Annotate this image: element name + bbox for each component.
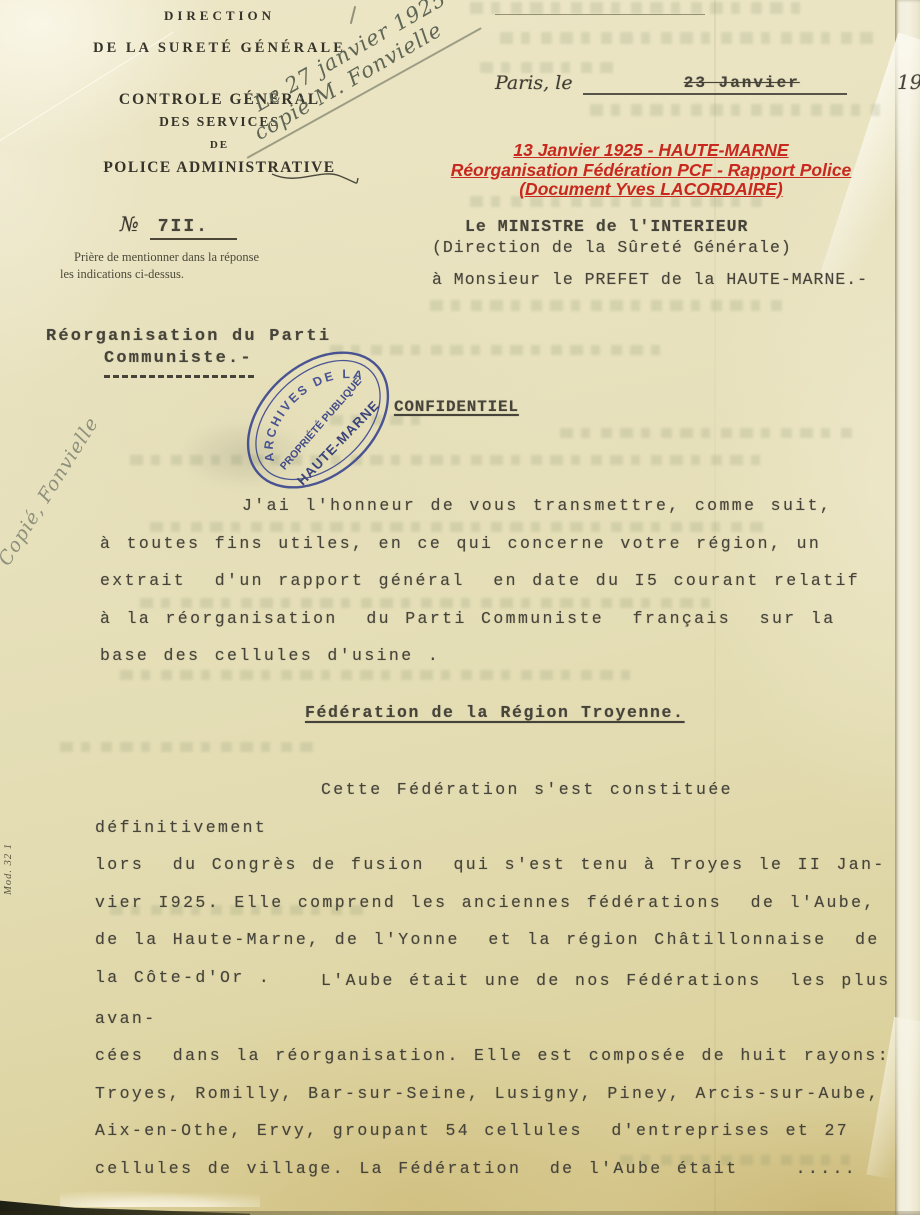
recipient-line: à Monsieur le PREFET de la HAUTE-MARNE.-	[432, 269, 868, 290]
dateline-prefix: Paris, le	[495, 72, 573, 94]
bottom-edge-shadow	[0, 1211, 920, 1215]
subject-line1: Réorganisation du Parti	[46, 326, 331, 348]
bleedthrough-ghost-text	[470, 2, 800, 14]
bleedthrough-ghost-text	[590, 104, 880, 116]
sender-line: Le MINISTRE de l'INTERIEUR	[465, 216, 868, 237]
bleedthrough-ghost-text	[500, 32, 880, 44]
bleedthrough-ghost-text	[430, 300, 790, 311]
letterhead-services: DES SERVICES	[52, 114, 387, 130]
margin-handwritten-note: Copié, Fonvielle	[0, 413, 103, 570]
bleedthrough-ghost-text	[560, 428, 860, 438]
bleedthrough-ghost-text	[330, 345, 660, 355]
body-paragraph-3: L'Aube était une de nos Fédérations les …	[95, 962, 907, 1188]
reference-number: № 7II.	[120, 212, 237, 240]
bleedthrough-ghost-text	[60, 742, 320, 752]
confidential-heading: CONFIDENTIEL	[394, 398, 519, 416]
overlay-line2: Réorganisation Fédération PCF - Rapport …	[420, 161, 882, 181]
top-crease-line	[495, 14, 705, 15]
dateline: Paris, le 23 Janvier 192 5.	[495, 70, 920, 95]
recipient-block: Le MINISTRE de l'INTERIEUR (Direction de…	[432, 216, 868, 290]
mention-line2: les indications ci-dessus.	[60, 266, 300, 283]
mention-note: Prière de mentionner dans la réponse les…	[60, 249, 300, 283]
dateline-year: 192	[897, 70, 920, 94]
body-paragraph-1: J'ai l'honneur de vous transmettre, comm…	[100, 487, 908, 675]
letterhead-direction: DIRECTION	[52, 8, 387, 24]
overlay-line1: 13 Janvier 1925 - HAUTE-MARNE	[420, 141, 882, 161]
numero-sign: №	[120, 212, 139, 236]
overlay-line3: (Document Yves LACORDAIRE)	[420, 180, 882, 200]
scanned-letter-page: DIRECTION DE LA SURETÉ GÉNÉRALE CONTROLE…	[0, 0, 920, 1215]
sender-direction: (Direction de la Sûreté Générale)	[432, 237, 868, 258]
form-model-reference: Mod. 32 1	[3, 843, 14, 895]
letterhead-flourish	[270, 166, 360, 192]
torn-paper-curl	[60, 1187, 260, 1207]
subject-dashed-rule	[104, 375, 254, 378]
mention-line1: Prière de mentionner dans la réponse	[74, 249, 300, 266]
struck-date: 23 Janvier	[684, 74, 800, 92]
numero-value: 7II.	[150, 217, 237, 240]
letterhead-de: DE	[52, 139, 387, 151]
federation-heading: Fédération de la Région Troyenne.	[305, 703, 685, 722]
archival-overlay-caption: 13 Janvier 1925 - HAUTE-MARNE Réorganisa…	[420, 141, 882, 200]
dateline-rule	[583, 93, 847, 95]
